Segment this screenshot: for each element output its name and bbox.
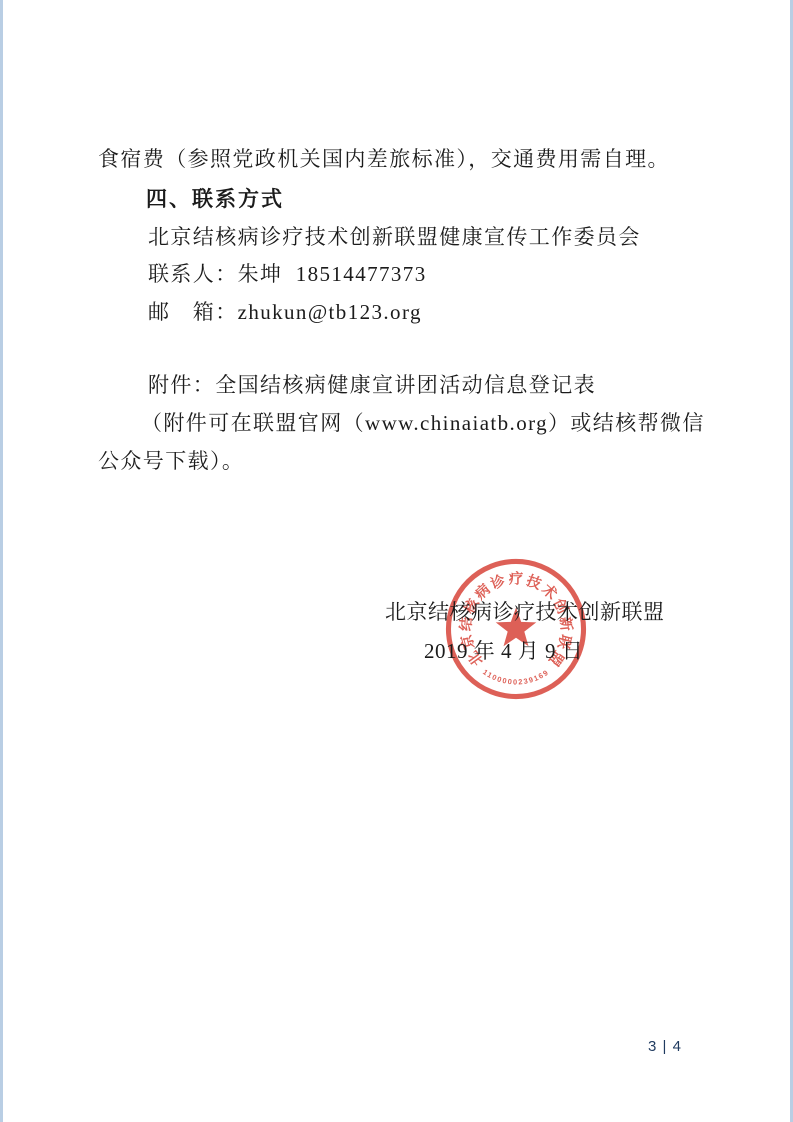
svg-text:诊: 诊 bbox=[488, 571, 508, 593]
signature-org: 北京结核病诊疗技术创新联盟 bbox=[385, 601, 665, 624]
document-page: 食宿费（参照党政机关国内差旅标准），交通费用需自理。 四、联系方式 北京结核病诊… bbox=[0, 0, 793, 1122]
attachment-line: 附件：全国结核病健康宣讲团活动信息登记表 bbox=[148, 374, 596, 397]
page-number: 3 | 4 bbox=[648, 1038, 682, 1055]
svg-text:疗: 疗 bbox=[508, 570, 524, 588]
signature-date: 2019 年 4 月 9 日 bbox=[424, 640, 583, 663]
attachment-note-line-2: 公众号下载）。 bbox=[98, 450, 244, 473]
email-line: 邮 箱：zhukun@tb123.org bbox=[148, 301, 422, 324]
attachment-note-line-1: （附件可在联盟官网（www.chinaiatb.org）或结核帮微信 bbox=[141, 412, 705, 435]
left-edge-line bbox=[0, 0, 3, 1122]
committee-line: 北京结核病诊疗技术创新联盟健康宣传工作委员会 bbox=[148, 226, 641, 249]
contact-line: 联系人：朱坤 18514477373 bbox=[148, 263, 427, 286]
official-seal: 北京结核病诊疗技术创新联盟 1100000239169 bbox=[442, 555, 590, 703]
official-seal-svg: 北京结核病诊疗技术创新联盟 1100000239169 bbox=[442, 555, 590, 703]
paragraph-tail: 食宿费（参照党政机关国内差旅标准），交通费用需自理。 bbox=[98, 148, 670, 171]
seal-serial-number: 1100000239169 bbox=[481, 667, 551, 686]
section-heading: 四、联系方式 bbox=[146, 188, 284, 211]
